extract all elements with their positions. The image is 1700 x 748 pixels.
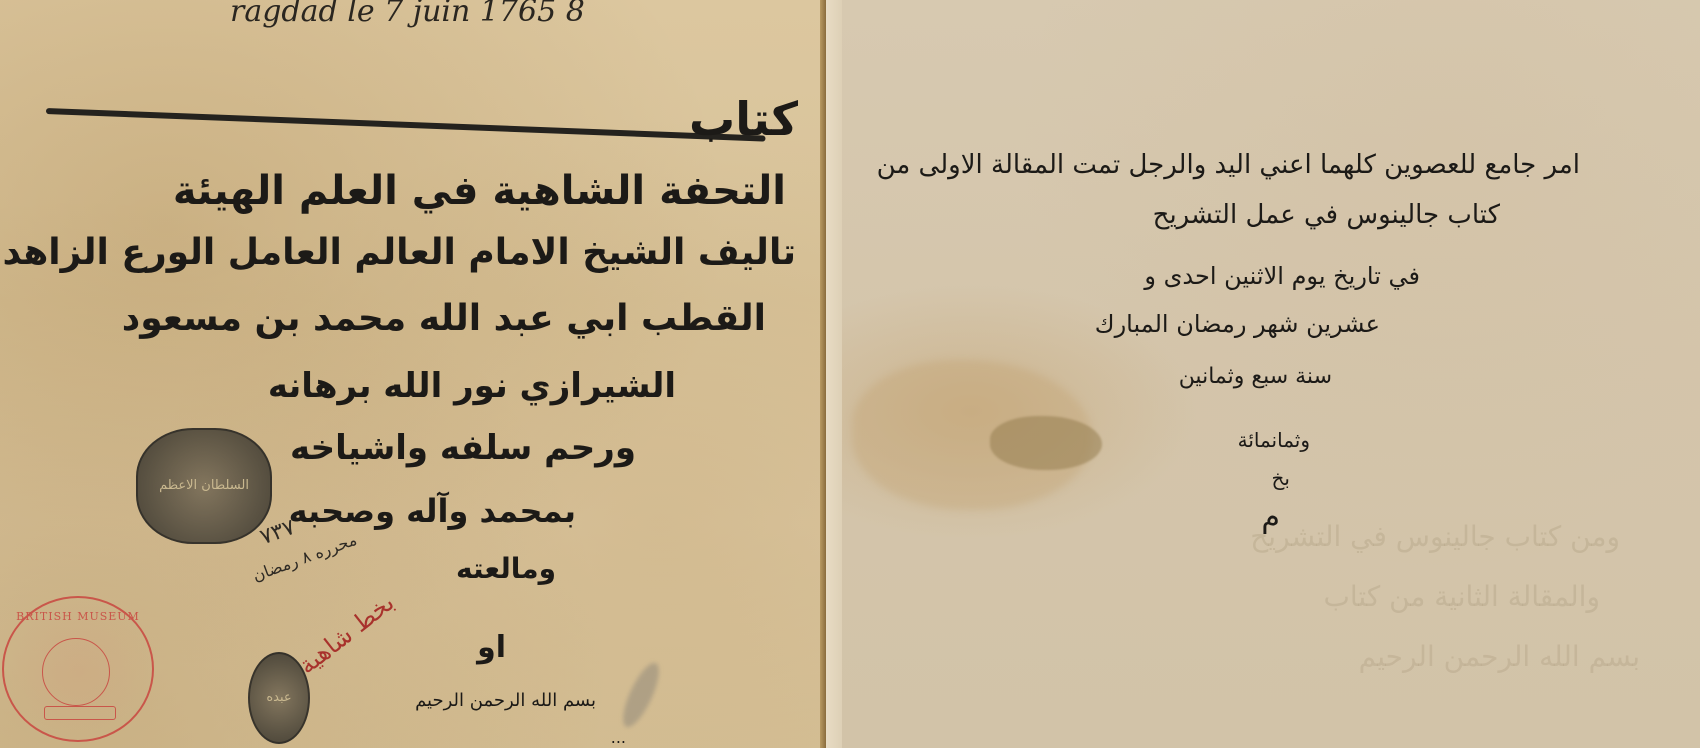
british-museum-stamp: BRITISH MUSEUM [2, 596, 154, 742]
gutter [826, 0, 842, 748]
colophon-line-5: سنة سبع وثمانين [1179, 364, 1332, 389]
ownership-seal-round: عبده [248, 652, 310, 744]
title-line-9: او [477, 630, 506, 665]
title-line-7: بمحمد وآله وصحبه [289, 492, 576, 530]
bottom-text-line: ... [611, 728, 626, 747]
ownership-seal-octagonal: السلطان الاعظم [136, 428, 272, 544]
bleed-through: والمقالة الثانية من كتاب [1324, 580, 1601, 613]
colophon-line-7: بخ [1272, 466, 1290, 490]
title-line-6: ورحم سلفه واشياخه [290, 428, 636, 468]
bleed-through: بسم الله الرحمن الرحيم [1359, 640, 1640, 673]
colophon-line-4: عشرين شهر رمضان المبارك [1095, 310, 1380, 338]
left-folio: ragdad le 7 juin 1765 8 كتاب التحفة الشا… [0, 0, 826, 748]
colophon-line-8: م [1261, 500, 1280, 535]
title-line-5: الشيرازي نور الله برهانه [268, 366, 676, 406]
colophon-line-1: امر جامع للعصوين كلهما اعني اليد والرجل … [877, 150, 1580, 180]
title-line-2: التحفة الشاهية في العلم الهيئة [173, 168, 786, 214]
colophon-line-6: وثمانمائة [1238, 428, 1310, 452]
manuscript-spread: ragdad le 7 juin 1765 8 كتاب التحفة الشا… [0, 0, 1700, 748]
title-line-4: القطب ابي عبد الله محمد بن مسعود [122, 298, 766, 339]
right-folio: ومن كتاب جالينوس في التشريح والمقالة الث… [842, 0, 1700, 748]
title-line-3: تاليف الشيخ الامام العالم العامل الورع ا… [3, 232, 796, 273]
colophon-line-3: في تاريخ يوم الاثنين احدى و [1144, 262, 1420, 290]
ribbon-icon [44, 706, 116, 720]
title-line-1: كتاب [689, 92, 798, 146]
pencil-smudge [616, 659, 666, 732]
royal-crest-icon [42, 638, 110, 706]
basmala: بسم الله الرحمن الرحيم [415, 690, 596, 711]
ink-blot [990, 416, 1102, 470]
title-rule [46, 108, 766, 142]
title-line-8: ومالعته [456, 552, 556, 585]
red-annotation: بخط شاهية [293, 588, 399, 679]
bleed-through: ومن كتاب جالينوس في التشريح [1250, 520, 1620, 553]
colophon-line-2: كتاب جالينوس في عمل التشريح [1153, 200, 1500, 230]
top-annotation: ragdad le 7 juin 1765 8 [230, 0, 585, 29]
